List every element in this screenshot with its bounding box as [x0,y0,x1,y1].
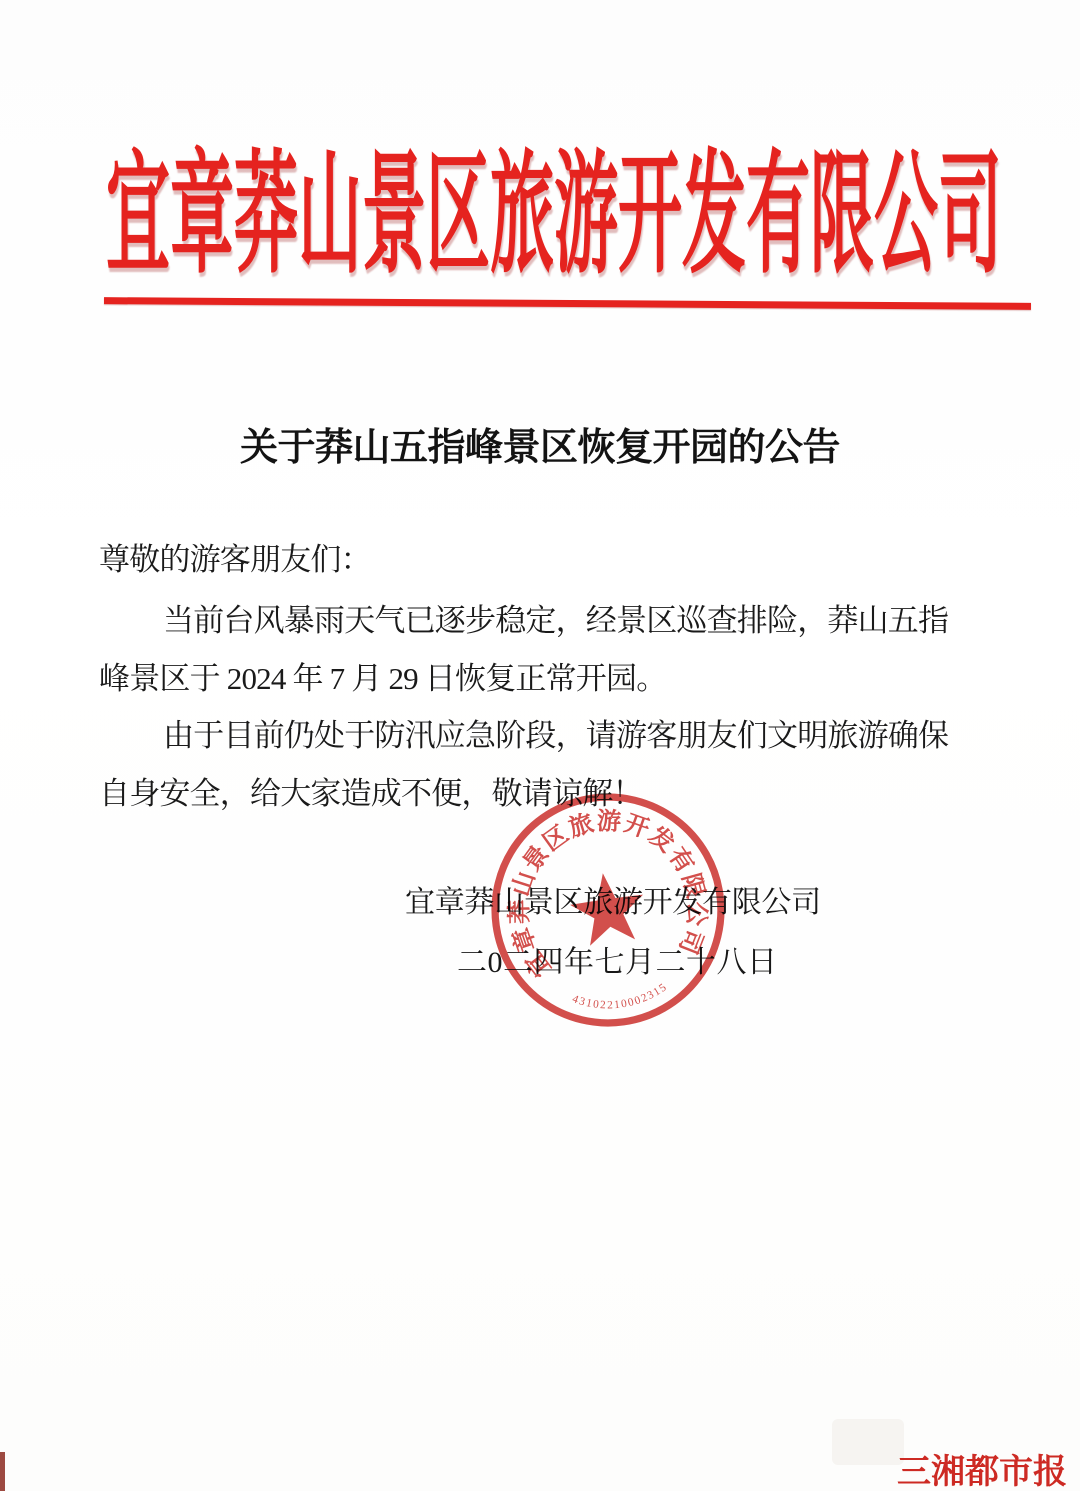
body-line: 当前台风暴雨天气已逐步稳定，经景区巡查排险，莽山五指 [163,595,948,640]
body-line: 由于目前仍处于防汛应急阶段，请游客朋友们文明旅游确保 [163,710,948,755]
seal-star-icon [566,868,649,948]
announcement-title: 关于莽山五指峰景区恢复开园的公告 [0,416,1080,471]
document-page: 宜章莽山景区旅游开发有限公司 关于莽山五指峰景区恢复开园的公告 尊敬的游客朋友们… [0,0,1080,1491]
letterhead-company-name: 宜章莽山景区旅游开发有限公司 [28,150,1080,283]
body-line: 峰景区于 2024 年 7 月 29 日恢复正常开园。 [99,653,666,698]
watermark-logo-faint [832,1419,904,1465]
letterhead-divider-rule [104,297,1031,310]
salutation-line: 尊敬的游客朋友们： [99,534,371,579]
photo-edge-artifact [0,1452,5,1491]
press-watermark: 三湘都市报 [897,1444,1067,1491]
official-seal-stamp: 宜章莽山景区旅游开发有限公司 43102210002315 [471,773,744,1046]
